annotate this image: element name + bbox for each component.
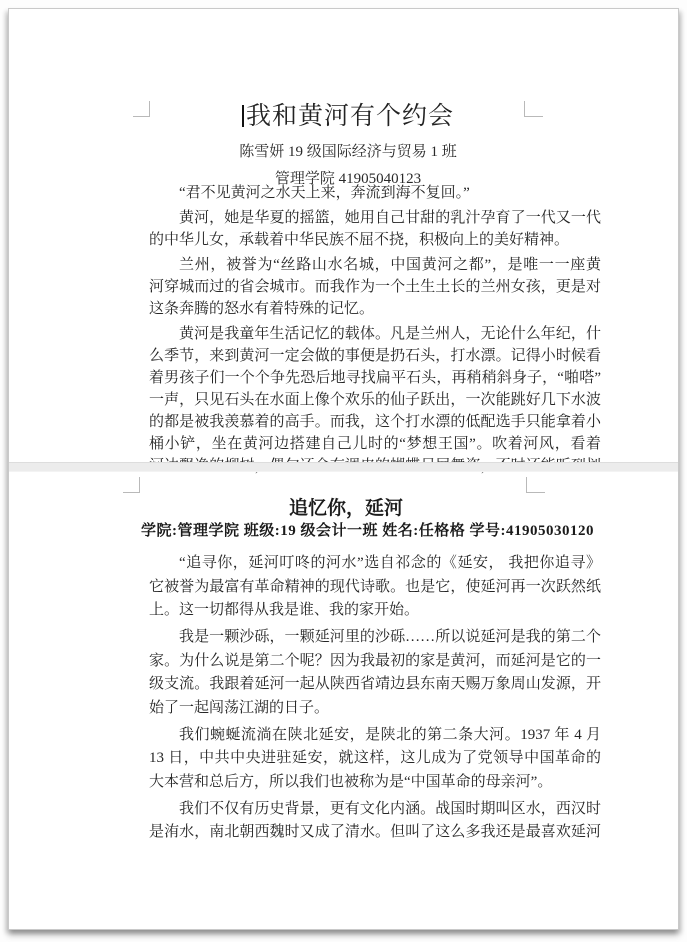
text-line[interactable]: 大本营和总后方，所以我们也被称为是“中国革命的母亲河”。 xyxy=(149,771,601,795)
text-line[interactable]: 是洧水，南北朝西魏时又成了清水。但叫了这么多我还是最喜欢延河 xyxy=(149,821,601,845)
page-break-seam xyxy=(9,462,678,472)
text-line[interactable]: 着男孩子们一个个争先恐后地寻找扁平石头，再稍稍斜身子，“啪嗒” xyxy=(149,367,601,389)
document-view: 我和黄河有个约会 陈雪妍 19 级国际经济与贸易 1 班 管理学院 419050… xyxy=(0,0,687,942)
text-line[interactable]: 13 日，中共中央进驻延安，就这样，这儿成为了党领导中国革命的 xyxy=(149,747,601,771)
page2-title[interactable]: 追忆你，延河 xyxy=(111,493,581,520)
page1-title[interactable]: 我和黄河有个约会 xyxy=(113,102,583,132)
text-line[interactable]: 我们蜿蜒流淌在陕北延安，是陕北的第二条大河。1937 年 4 月 xyxy=(149,724,601,748)
text-line[interactable]: 一声，只见石头在水面上像个欢乐的仙子跃出，一次能跳好几下水波 xyxy=(149,389,601,411)
text-cursor xyxy=(242,105,244,127)
page2-body[interactable]: “追寻你，延河叮咚的河水”选自祁念的《延安， 我把你追寻》它被誉为最富有革命精神… xyxy=(149,552,601,845)
text-line[interactable]: 这条奔腾的怒水有着特殊的记忆。 xyxy=(149,298,601,320)
page1-body[interactable]: “君不见黄河之水天上来，奔流到海不复回。”黄河，她是华夏的摇篮，她用自己甘甜的乳… xyxy=(149,182,601,477)
text-line[interactable]: 它被誉为最富有革命精神的现代诗歌。也是它，使延河再一次跃然纸 xyxy=(149,576,601,600)
margin-corner-mark xyxy=(526,477,545,493)
text-line[interactable]: 么季节，来到黄河一定会做的事便是扔石头，打水漂。记得小时候看 xyxy=(149,345,601,367)
text-line[interactable]: 的中华儿女，承载着中华民族不屈不挠，积极向上的美好精神。 xyxy=(149,229,601,251)
margin-corner-mark xyxy=(123,477,140,493)
page1-title-text: 我和黄河有个约会 xyxy=(246,103,454,130)
text-line[interactable]: 上。这一切都得从我是谁、我的家开始。 xyxy=(149,599,601,623)
text-line[interactable]: 始了一起闯荡江湖的日子。 xyxy=(149,697,601,721)
page2-info-line[interactable]: 学院:管理学院 班级:19 级会计一班 姓名:任格格 学号:4190503012… xyxy=(141,519,611,540)
text-line[interactable]: 的都是被我羡慕着的高手。而我，这个打水漂的低配选手只能拿着小 xyxy=(149,411,601,433)
text-line[interactable]: 兰州，被誉为“丝路山水名城，中国黄河之都”，是唯一一座黄 xyxy=(149,254,601,276)
text-line[interactable]: 家。为什么说是第二个呢？因为我最初的家是黄河，而延河是它的一 xyxy=(149,650,601,674)
text-line[interactable]: 我们不仅有历史背景，更有文化内涵。战国时期叫区水，西汉时 xyxy=(149,798,601,822)
text-line[interactable]: 我是一颗沙砾，一颗延河里的沙砾……所以说延河是我的第二个 xyxy=(149,626,601,650)
text-line[interactable]: 级支流。我跟着延河一起从陕西省靖边县东南天赐万象周山发源，开 xyxy=(149,673,601,697)
text-line[interactable]: 河穿城而过的省会城市。而我作为一个土生土长的兰州女孩，更是对 xyxy=(149,276,601,298)
text-line[interactable]: 桶小铲，坐在黄河边搭建自己儿时的“梦想王国”。吹着河风，看着 xyxy=(149,433,601,455)
text-line[interactable]: “君不见黄河之水天上来，奔流到海不复回。” xyxy=(149,182,601,204)
text-line[interactable]: 黄河是我童年生活记忆的载体。凡是兰州人，无论什么年纪，什 xyxy=(149,323,601,345)
text-line[interactable]: “追寻你，延河叮咚的河水”选自祁念的《延安， 我把你追寻》 xyxy=(149,552,601,576)
page1-author-line[interactable]: 陈雪妍 19 级国际经济与贸易 1 班 xyxy=(113,140,583,161)
page-sheet: 我和黄河有个约会 陈雪妍 19 级国际经济与贸易 1 班 管理学院 419050… xyxy=(8,8,679,930)
text-line[interactable]: 黄河，她是华夏的摇篮，她用自己甘甜的乳汁孕育了一代又一代 xyxy=(149,207,601,229)
